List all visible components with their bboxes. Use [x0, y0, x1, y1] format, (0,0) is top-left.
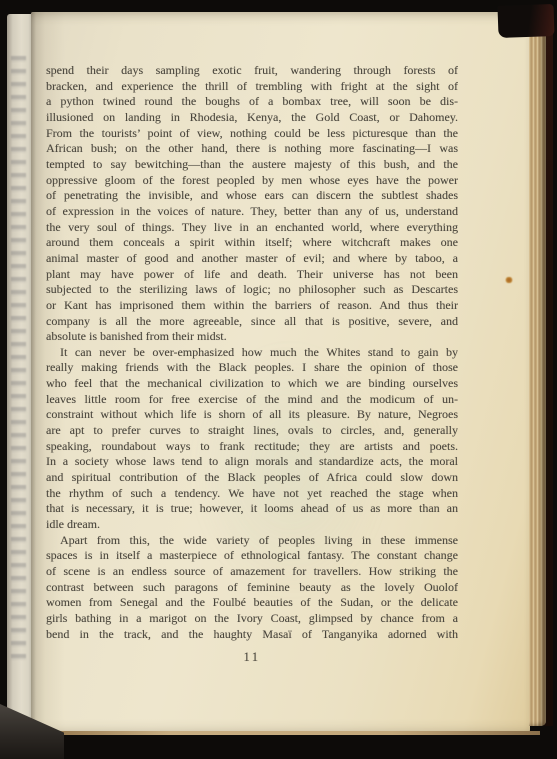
text-line: leaves little room for free exercise of …	[46, 392, 458, 408]
text-line: tempted to say bewitching—than the auste…	[46, 157, 458, 173]
text-line: that is necessary, it is true; however, …	[46, 501, 458, 517]
foxing-spot	[505, 277, 513, 283]
text-line: and spiritual contribution of the Black …	[46, 470, 458, 486]
text-line: Apart from this, the wide variety of peo…	[46, 533, 458, 549]
showthrough-text-marks	[11, 56, 26, 666]
text-line: bracken, and experience the thrill of tr…	[46, 79, 458, 95]
bottom-page-edge	[48, 731, 540, 735]
text-line: around them conceals a spirit within its…	[46, 235, 458, 251]
book-photo: spend their days sampling exotic fruit, …	[0, 0, 557, 759]
text-line: speaking, roundabout ways to frank recti…	[46, 439, 458, 455]
text-line: or Kant has imprisoned them within the b…	[46, 298, 458, 314]
text-line: of scene is an endless source of amazeme…	[46, 564, 458, 580]
text-line: illusioned on landing in Rhodesia, Kenya…	[46, 110, 458, 126]
text-line: the very soul of things. They live in an…	[46, 220, 458, 236]
paragraph: Apart from this, the wide variety of peo…	[46, 533, 458, 643]
cover-corner	[497, 4, 554, 38]
text-line: spend their days sampling exotic fruit, …	[46, 63, 458, 79]
text-line: subjected to the sterilizing laws of log…	[46, 282, 458, 298]
previous-page-edge	[7, 14, 33, 726]
text-line: oppressive gloom of the forest peopled b…	[46, 173, 458, 189]
text-line: of penetrating the invisible, and whose …	[46, 188, 458, 204]
text-line: From the tourists’ point of view, nothin…	[46, 126, 458, 142]
text-line: African bush; on the other hand, there i…	[46, 141, 458, 157]
text-line: company is all the more agreeable, since…	[46, 314, 458, 330]
text-line: are apt to prefer curves to straight lin…	[46, 423, 458, 439]
text-line: absolute is banished from their midst.	[46, 329, 458, 345]
text-line: idle dream.	[46, 517, 458, 533]
text-line: spaces is in itself a masterpiece of eth…	[46, 548, 458, 564]
text-line: contrast between such paragons of femini…	[46, 580, 458, 596]
paragraph: It can never be over-emphasized how much…	[46, 345, 458, 533]
fore-edge-pages	[529, 24, 546, 726]
text-line: constraint without which life is shorn o…	[46, 407, 458, 423]
text-line: bend in the track, and the haughty Masaï…	[46, 627, 458, 643]
text-line: animal master of good and another master…	[46, 251, 458, 267]
paragraph: spend their days sampling exotic fruit, …	[46, 63, 458, 345]
text-line: the rhythm of such a tendency. We have n…	[46, 486, 458, 502]
text-line: women from Senegal and the Foulbé beauti…	[46, 595, 458, 611]
text-line: girls bathing in a marigot on the Ivory …	[46, 611, 458, 627]
text-line: It can never be over-emphasized how much…	[46, 345, 458, 361]
text-line: a python twined round the boughs of a bo…	[46, 94, 458, 110]
text-line: plant may have power of life and death. …	[46, 267, 458, 283]
text-line: In a society whose laws tend to align mo…	[46, 454, 458, 470]
text-line: really making friends with the Black peo…	[46, 360, 458, 376]
page-text: spend their days sampling exotic fruit, …	[46, 63, 458, 642]
page-number: 11	[46, 650, 458, 665]
text-line: of expression in the voices of nature. T…	[46, 204, 458, 220]
text-line: who feel that the mechanical civilizatio…	[46, 376, 458, 392]
